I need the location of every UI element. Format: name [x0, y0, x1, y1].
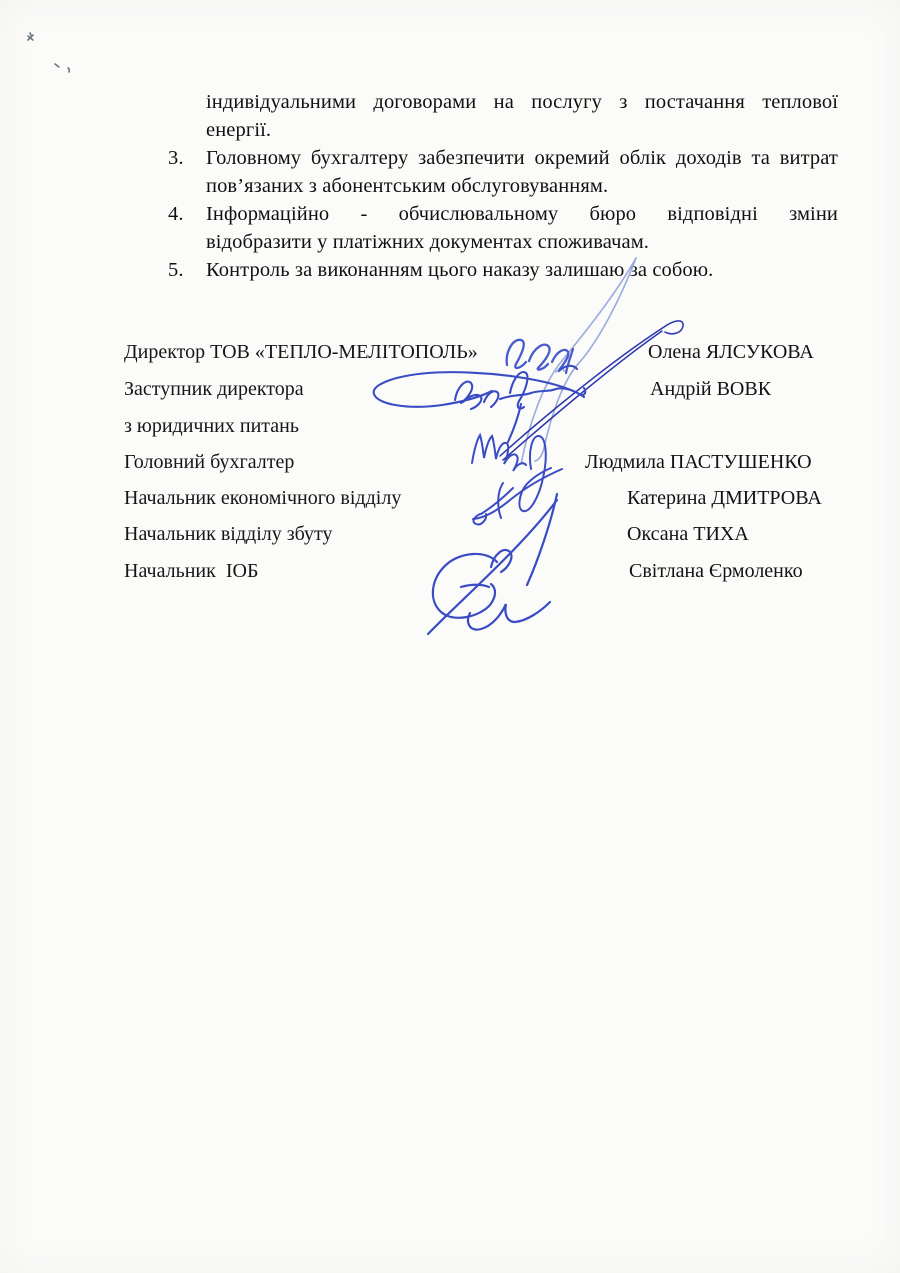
signatory-title: Начальник ІОБ [124, 560, 258, 582]
order-list: індивідуальними договорами на послугу з … [168, 88, 838, 284]
list-line: пов’язаних з абонентським обслуговування… [206, 172, 838, 200]
list-item-2-continuation: індивідуальними договорами на послугу з … [206, 88, 838, 144]
signatory-title: Заступник директора [124, 378, 304, 400]
signatory-title: Начальник відділу збуту [124, 523, 333, 545]
signatory-row: Головний бухгалтер Людмила ПАСТУШЕНКО [124, 450, 838, 476]
list-item-number: 3. [168, 144, 206, 200]
list-line: Інформаційно - обчислювальному бюро відп… [206, 200, 838, 228]
list-line: відобразити у платіжних документах спожи… [206, 228, 838, 256]
list-line: Головному бухгалтеру забезпечити окремий… [206, 144, 838, 172]
signatory-name: Оксана ТИХА [627, 522, 749, 546]
scanned-document-page: індивідуальними договорами на послугу з … [0, 0, 900, 1273]
signatory-row: Заступник директора Андрій ВОВК [124, 377, 838, 403]
list-line: енергії. [206, 116, 838, 144]
signatory-name: Андрій ВОВК [650, 377, 771, 401]
signatory-name: Катерина ДМИТРОВА [627, 486, 822, 510]
list-item-5: 5. Контроль за виконанням цього наказу з… [168, 256, 838, 284]
list-item-number: 5. [168, 256, 206, 284]
list-item-number: 4. [168, 200, 206, 256]
signatory-row: Начальник відділу збуту Оксана ТИХА [124, 522, 838, 548]
list-line: Контроль за виконанням цього наказу зали… [206, 256, 838, 284]
signatory-title: Директор ТОВ «ТЕПЛО-МЕЛІТОПОЛЬ» [124, 341, 478, 363]
signatory-title: Головний бухгалтер [124, 451, 294, 473]
signatory-row: Директор ТОВ «ТЕПЛО-МЕЛІТОПОЛЬ» Олена ЯЛ… [124, 340, 838, 366]
scan-speck-marks [28, 33, 69, 72]
signatory-name: Світлана Єрмоленко [629, 559, 803, 583]
list-item-3: 3. Головному бухгалтеру забезпечити окре… [168, 144, 838, 200]
signatory-name: Людмила ПАСТУШЕНКО [585, 450, 812, 474]
signatory-row: з юридичних питань [124, 414, 838, 440]
signatory-name: Олена ЯЛСУКОВА [648, 340, 814, 364]
signatory-row: Начальник економічного відділу Катерина … [124, 486, 838, 512]
signatory-row: Начальник ІОБ Світлана Єрмоленко [124, 559, 838, 585]
list-line: індивідуальними договорами на послугу з … [206, 88, 838, 116]
list-item-4: 4. Інформаційно - обчислювальному бюро в… [168, 200, 838, 256]
signatory-title: Начальник економічного відділу [124, 487, 401, 509]
signatories-block: Директор ТОВ «ТЕПЛО-МЕЛІТОПОЛЬ» Олена ЯЛ… [124, 340, 838, 600]
signatory-title: з юридичних питань [124, 415, 299, 437]
